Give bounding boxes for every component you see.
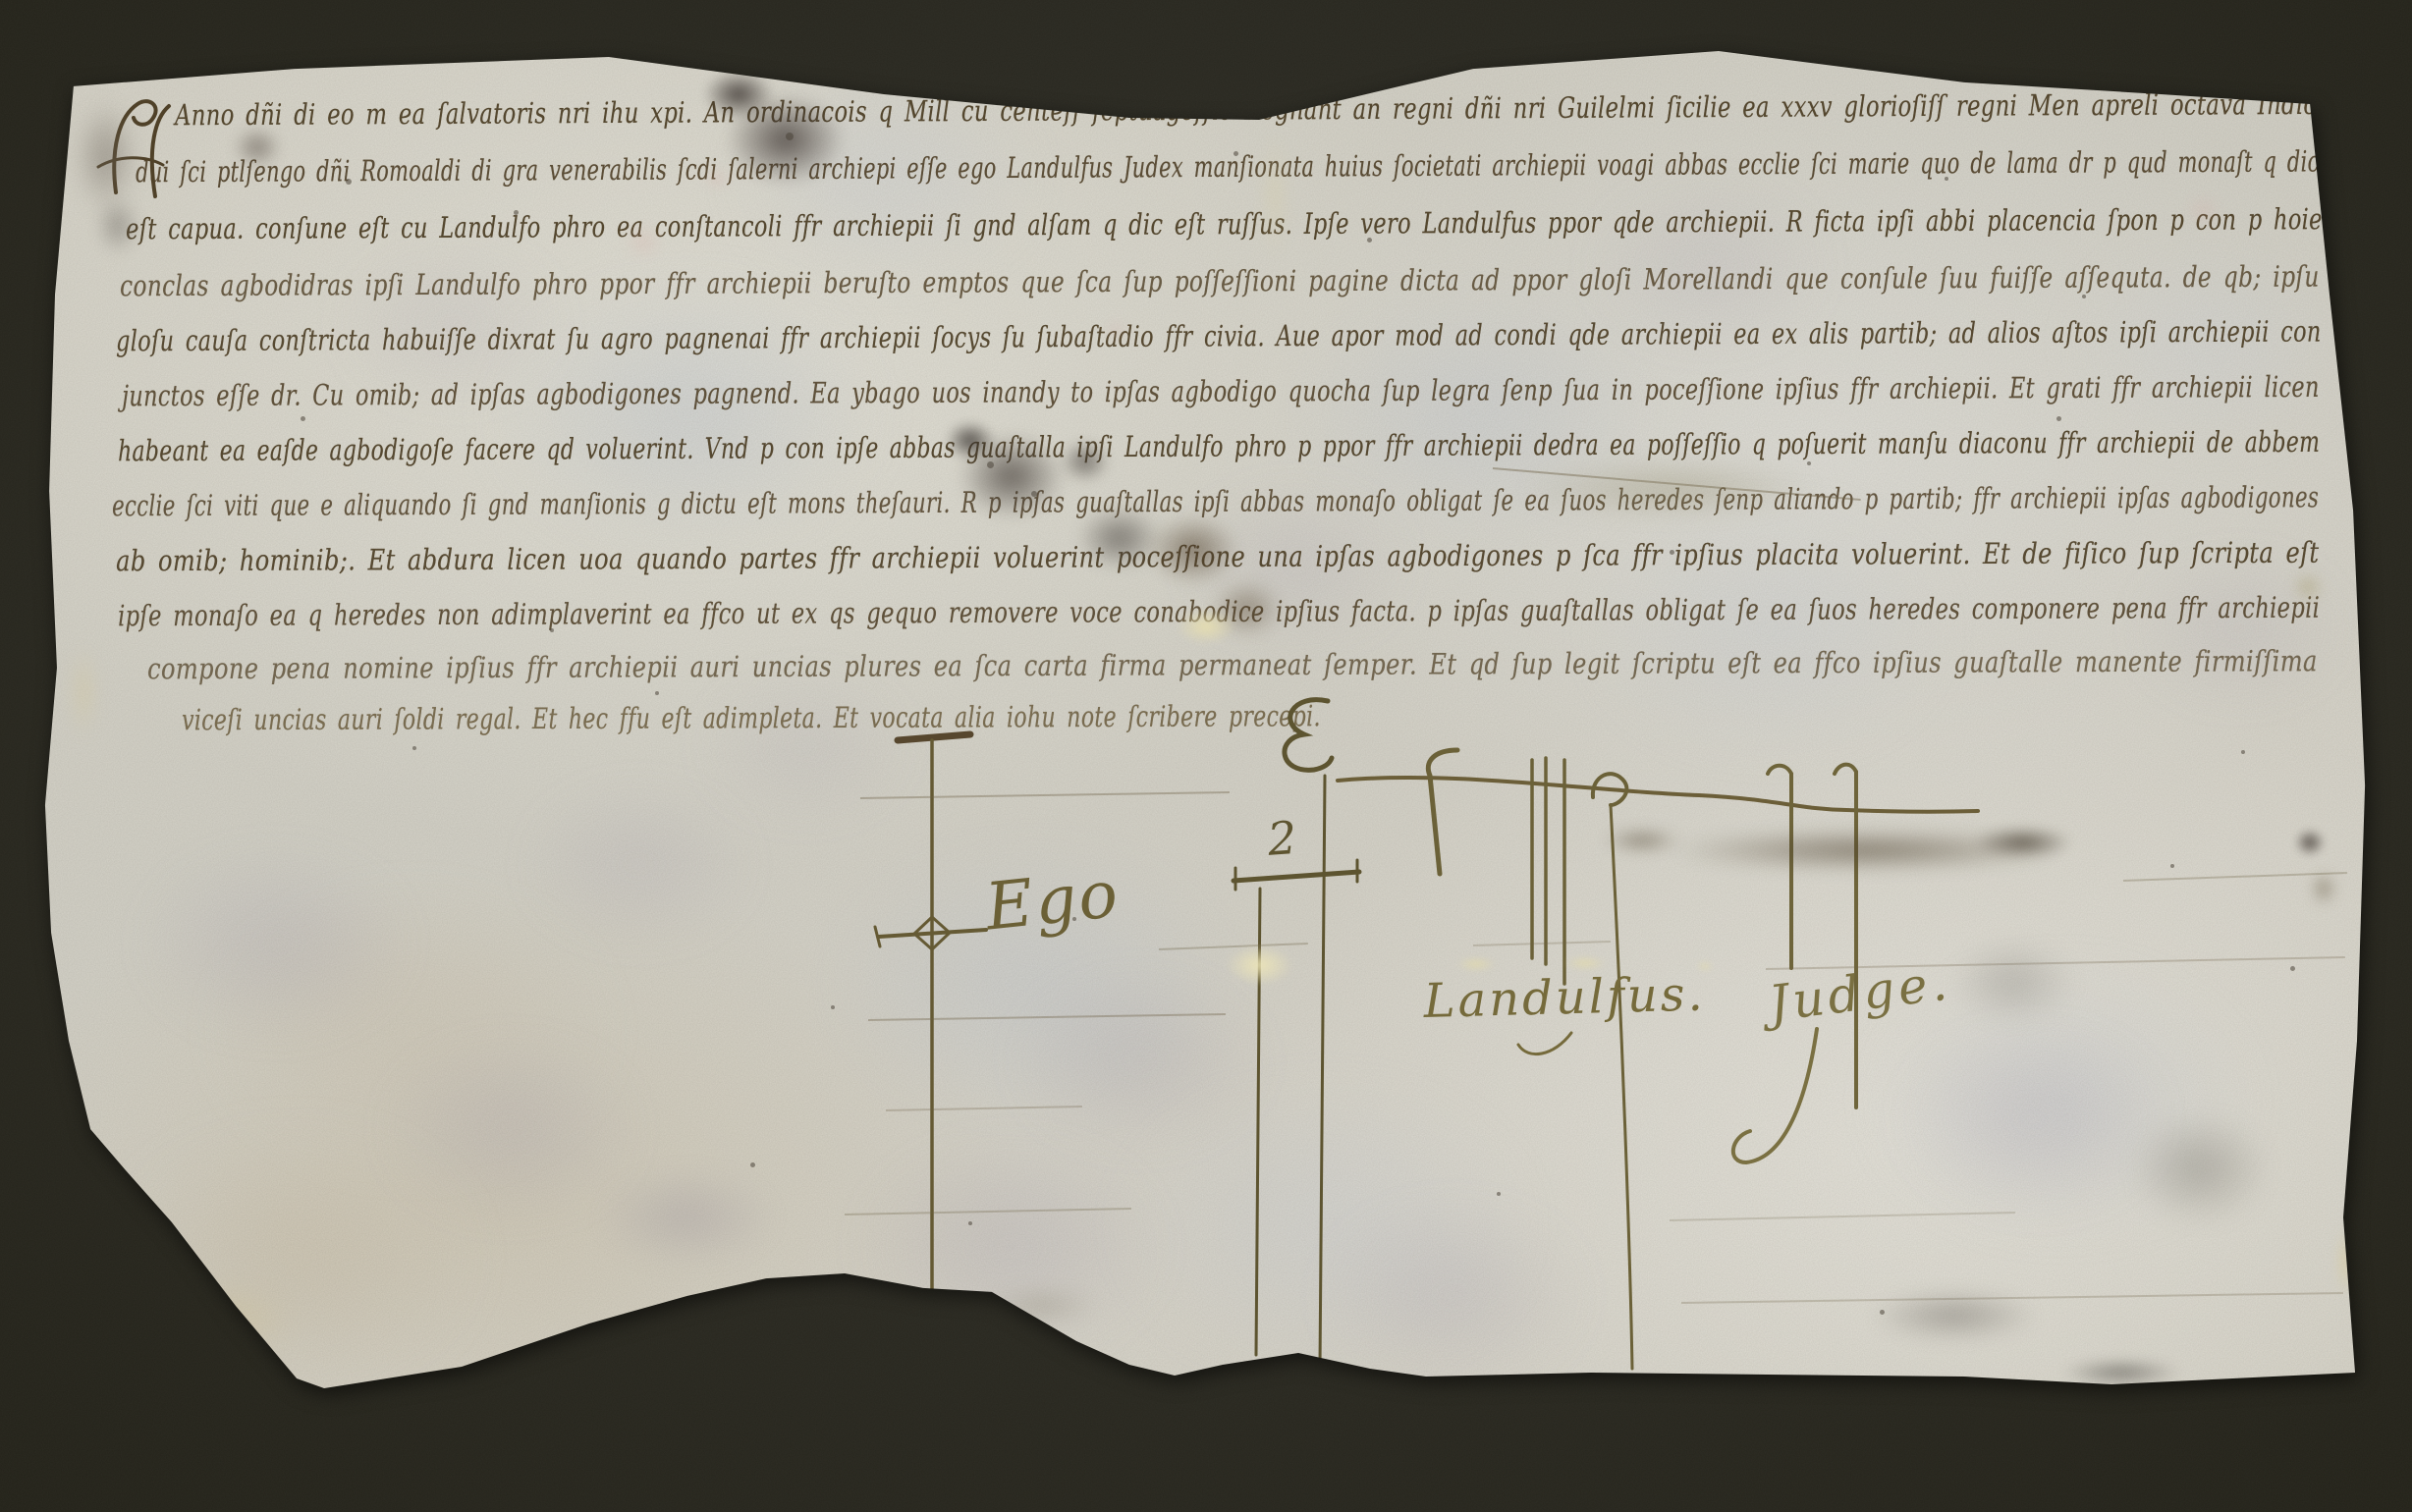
ink-speck xyxy=(786,133,794,140)
signature-title-judge: Judge. xyxy=(1766,953,1953,1032)
parchment-mottle-patch xyxy=(39,1078,550,1435)
parchment-mottle-patch xyxy=(2082,518,2396,738)
parchment-sheet: Anno dñi di eo m ea ſalvatoris nri ihu x… xyxy=(0,0,2412,1512)
stain xyxy=(1101,318,1130,342)
parchment-mottle-patch xyxy=(1257,1159,1650,1433)
signature-name-landulfus: Landulfus. xyxy=(1423,966,1706,1028)
ink-speck xyxy=(750,1162,755,1167)
stain xyxy=(66,628,101,756)
ink-speck xyxy=(1945,177,1948,181)
ink-speck xyxy=(514,210,519,215)
stain xyxy=(223,118,292,177)
ink-speck xyxy=(2170,864,2174,868)
ink-speck xyxy=(1367,238,1372,243)
stain xyxy=(1165,601,1247,652)
parchment-mottle-patch xyxy=(1532,141,1886,389)
stain xyxy=(702,166,732,191)
stain xyxy=(962,1281,1120,1330)
manuscript-text-line: eſt capua. conſune eſt cu Landulfo phro … xyxy=(126,202,2323,246)
manuscript-text-line: dui ſci ptlſengo dñi Romoaldi di gra ven… xyxy=(136,144,2320,189)
parchment-mottle-patch xyxy=(648,636,962,856)
scratch-line xyxy=(1493,467,1861,501)
parchment-mottle-patch xyxy=(471,747,805,981)
stain xyxy=(2183,194,2222,226)
stain xyxy=(1458,450,1881,528)
ink-speck xyxy=(1233,151,1238,156)
ink-speck xyxy=(2082,295,2086,298)
parchment-grain-texture xyxy=(0,0,2412,1512)
stain xyxy=(936,413,1005,467)
stain xyxy=(2102,1090,2298,1247)
ink-speck xyxy=(831,1005,835,1009)
stain xyxy=(1260,108,1289,285)
manuscript-text-line: gloſu cauſa conſtricta habuiſſe dixrat ſ… xyxy=(116,314,2322,357)
parchment-mottle-patch xyxy=(786,1089,1237,1405)
stain xyxy=(1129,501,1257,599)
scratch-line xyxy=(860,791,1230,799)
signature-numeral-glyph: 2 xyxy=(1266,811,1298,866)
signature-word-ego: Ego xyxy=(982,856,1123,945)
stain xyxy=(2288,823,2331,862)
stain xyxy=(938,417,1085,535)
parchment-mottle-patch xyxy=(2013,206,2406,481)
stain xyxy=(560,1149,815,1286)
parchment-mottle-patch xyxy=(1836,982,2229,1257)
ink-speck xyxy=(1031,491,1037,497)
stain xyxy=(702,76,869,203)
scratch-line xyxy=(1159,943,1308,950)
notarial-sign-strokes xyxy=(1428,750,1632,1369)
scratch-line xyxy=(1670,1212,2015,1221)
parchment-mottle-patch xyxy=(668,26,1100,328)
stain xyxy=(1051,432,1120,491)
ink-speck xyxy=(987,461,994,468)
manuscript-text-line: junctos eſſe dr. Cu omib; ad ipſas agbod… xyxy=(122,370,2320,413)
stain xyxy=(2286,566,2330,609)
stains-layer xyxy=(0,0,2412,1512)
manuscript-text-line: ecclie ſci viti que e aliquando ſi gnd m… xyxy=(112,480,2319,523)
manuscript-text-line: Anno dñi di eo m ea ſalvatoris nri ihu x… xyxy=(175,87,2317,133)
ink-speck xyxy=(301,416,305,421)
stain xyxy=(1925,923,2102,1041)
scratch-line xyxy=(868,1013,1226,1021)
stain xyxy=(1588,823,1696,858)
stain xyxy=(1836,1281,2072,1350)
parchment-mottle-patch xyxy=(324,999,697,1260)
stain xyxy=(2038,1353,2205,1392)
parchment-mottle-patch xyxy=(953,930,1326,1191)
ink-speck xyxy=(655,691,659,695)
stain xyxy=(1061,494,1179,582)
ink-speck xyxy=(550,628,554,632)
stain xyxy=(1198,569,1296,648)
parchment-mottle-patch xyxy=(79,805,471,1080)
stain xyxy=(622,224,665,259)
notarial-sign-landulfus-judex xyxy=(1233,700,1978,1367)
scratch-line xyxy=(845,1208,1131,1215)
parchment-mottling-layer xyxy=(0,0,2412,1512)
stain xyxy=(2304,864,2343,913)
ink-speck xyxy=(2056,416,2061,421)
parchment-mottle-patch xyxy=(737,776,1326,1188)
stain xyxy=(88,187,147,265)
manuscript-text-line: habeant ea eaſde agbodigoſe facere qd vo… xyxy=(118,425,2320,468)
parchment-mottle-patch xyxy=(1218,234,1728,591)
ink-speck xyxy=(968,1221,972,1225)
manuscript-text-line: viceſi uncias auri ſoldi regal. Et hec f… xyxy=(182,699,1321,737)
ink-speck xyxy=(1880,1310,1885,1315)
parchment-mottle-patch xyxy=(1031,1021,1620,1433)
stain xyxy=(689,60,788,129)
stain xyxy=(2332,1213,2358,1311)
parchment-mottle-patch xyxy=(137,838,687,1223)
ink-speck xyxy=(2241,750,2245,754)
scratch-line xyxy=(1681,1292,2343,1304)
ruling-scratch-lines-layer xyxy=(0,0,2412,1512)
stain xyxy=(1591,823,2141,878)
notarial-signa-overlay xyxy=(0,0,2412,1512)
stain xyxy=(62,79,150,236)
parchment-mottle-patch xyxy=(1129,448,1463,681)
fly-specks-layer xyxy=(0,0,2412,1512)
ink-speck xyxy=(346,179,352,185)
notarial-cross-sign xyxy=(875,734,986,1290)
manuscript-text-line: conclas agbodidras ipſi Landulfo phro pp… xyxy=(120,259,2320,302)
parchment-mottle-patch xyxy=(1512,450,2023,807)
photograph-of-parchment-charter: Anno dñi di eo m ea ſalvatoris nri ihu x… xyxy=(0,0,2412,1512)
ink-speck xyxy=(412,746,416,750)
ink-speck xyxy=(1670,550,1674,555)
ink-speck xyxy=(2290,966,2295,971)
parchment-sheet-wrapper: Anno dñi di eo m ea ſalvatoris nri ihu x… xyxy=(0,0,2412,1512)
manuscript-text-line: ipſe monaſo ea q heredes non adimplaveri… xyxy=(118,590,2320,632)
scratch-line xyxy=(2123,872,2347,882)
notarial-sign-judge xyxy=(1518,765,1856,1162)
invocation-monogram-icon xyxy=(98,101,169,196)
ink-speck xyxy=(1497,1192,1501,1196)
manuscript-text-line: compone pena nomine ipſius ffr archiepii… xyxy=(147,644,2318,686)
stain xyxy=(1213,937,1306,994)
stain xyxy=(142,1267,319,1375)
manuscript-text-line: ab omib; hominib;. Et abdura licen uoa q… xyxy=(116,535,2319,577)
ink-speck xyxy=(1807,461,1811,465)
charter-text-block: Anno dñi di eo m ea ſalvatoris nri ihu x… xyxy=(0,0,2412,1512)
stain xyxy=(1954,821,2092,864)
parchment-mottle-patch xyxy=(285,207,619,441)
scratch-line xyxy=(1473,941,1611,946)
scratch-line xyxy=(886,1106,1082,1111)
parchment-mottle-patch xyxy=(412,220,962,605)
